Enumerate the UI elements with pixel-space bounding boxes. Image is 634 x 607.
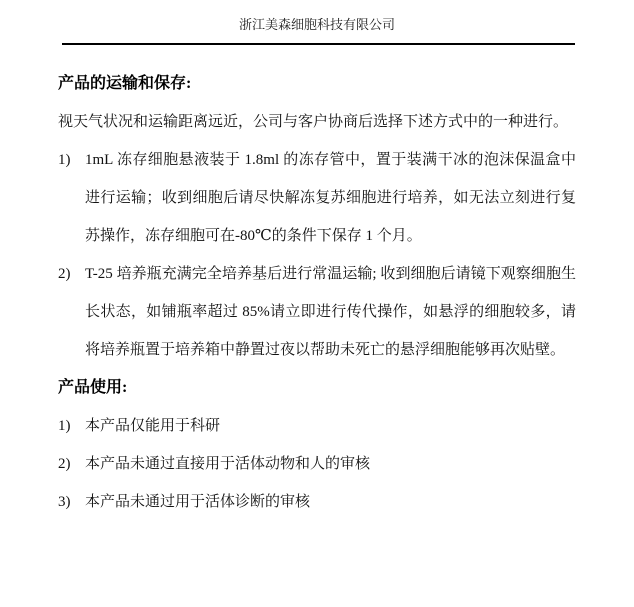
company-name: 浙江美森细胞科技有限公司 — [0, 16, 634, 34]
list-marker: 2) — [58, 445, 85, 483]
list-item-text: 本产品未通过用于活体诊断的审核 — [85, 483, 576, 521]
intro-paragraph: 视天气状况和运输距离远近，公司与客户协商后选择下述方式中的一种进行。 — [58, 103, 576, 141]
list-item-text: T-25 培养瓶充满完全培养基后进行常温运输; 收到细胞后请镜下观察细胞生长状态… — [85, 255, 576, 369]
list-marker: 1) — [58, 141, 85, 179]
section-heading-product-use: 产品使用: — [58, 369, 576, 407]
list-item: 3) 本产品未通过用于活体诊断的审核 — [58, 483, 576, 521]
list-marker: 3) — [58, 483, 85, 521]
list-item: 2) T-25 培养瓶充满完全培养基后进行常温运输; 收到细胞后请镜下观察细胞生… — [58, 255, 576, 369]
list-item-text: 本产品未通过直接用于活体动物和人的审核 — [85, 445, 576, 483]
list-item-text: 1mL 冻存细胞悬液装于 1.8ml 的冻存管中，置于装满干冰的泡沫保温盒中进行… — [85, 141, 576, 255]
list-marker: 1) — [58, 407, 85, 445]
list-marker: 2) — [58, 255, 85, 293]
document-body: 产品的运输和保存: 视天气状况和运输距离远近，公司与客户协商后选择下述方式中的一… — [0, 65, 634, 521]
header-rule — [62, 43, 575, 45]
list-item: 2) 本产品未通过直接用于活体动物和人的审核 — [58, 445, 576, 483]
list-item-text: 本产品仅能用于科研 — [85, 407, 576, 445]
list-item: 1) 1mL 冻存细胞悬液装于 1.8ml 的冻存管中，置于装满干冰的泡沫保温盒… — [58, 141, 576, 255]
section-heading-transport-storage: 产品的运输和保存: — [58, 65, 576, 103]
document-page: 浙江美森细胞科技有限公司 产品的运输和保存: 视天气状况和运输距离远近，公司与客… — [0, 0, 634, 607]
list-item: 1) 本产品仅能用于科研 — [58, 407, 576, 445]
page-header: 浙江美森细胞科技有限公司 — [0, 0, 634, 45]
